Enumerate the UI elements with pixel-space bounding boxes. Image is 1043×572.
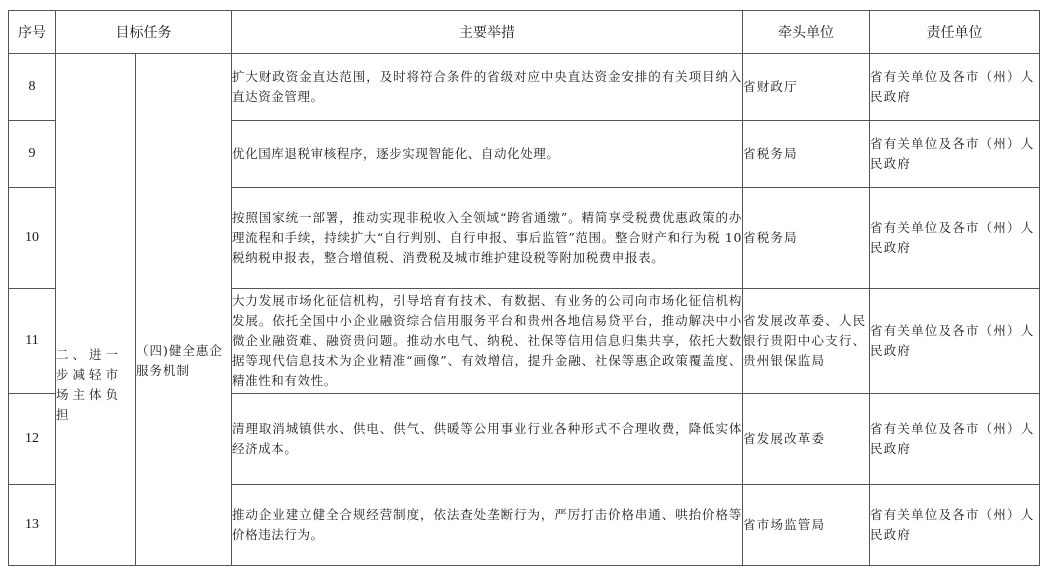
header-measures: 主要举措 [232,11,743,54]
policy-measures-table: 序号 目标任务 主要举措 牵头单位 责任单位 8 二、进一步减轻市场主体负担 （… [8,10,1040,566]
row-seq: 10 [9,188,56,289]
header-row: 序号 目标任务 主要举措 牵头单位 责任单位 [9,11,1040,54]
row-lead-unit: 省税务局 [743,121,870,188]
row-responsible-unit: 省有关单位及各市（州）人民政府 [870,485,1040,566]
header-goal: 目标任务 [56,11,232,54]
row-lead-unit: 省发展改革委、人民银行贵阳中心支行、贵州银保监局 [743,289,870,394]
row-lead-unit: 省市场监管局 [743,485,870,566]
row-seq: 11 [9,289,56,394]
row-seq: 9 [9,121,56,188]
row-responsible-unit: 省有关单位及各市（州）人民政府 [870,289,1040,394]
goal-level2-cell: （四)健全惠企服务机制 [136,54,232,566]
row-responsible-unit: 省有关单位及各市（州）人民政府 [870,121,1040,188]
row-measure: 推动企业建立健全合规经营制度，依法查处垄断行为，严厉打击价格串通、哄抬价格等价格… [232,485,743,566]
goal-level1-cell: 二、进一步减轻市场主体负担 [56,54,136,566]
row-seq: 12 [9,394,56,485]
header-seq: 序号 [9,11,56,54]
row-responsible-unit: 省有关单位及各市（州）人民政府 [870,394,1040,485]
header-responsible-unit: 责任单位 [870,11,1040,54]
row-measure: 大力发展市场化征信机构，引导培育有技术、有数据、有业务的公司向市场化征信机构发展… [232,289,743,394]
row-measure: 清理取消城镇供水、供电、供气、供暖等公用事业行业各种形式不合理收费，降低实体经济… [232,394,743,485]
row-responsible-unit: 省有关单位及各市（州）人民政府 [870,54,1040,121]
row-lead-unit: 省财政厅 [743,54,870,121]
header-lead-unit: 牵头单位 [743,11,870,54]
goal-level1-text: 二、进一步减轻市场主体负担 [56,345,135,425]
row-seq: 8 [9,54,56,121]
row-responsible-unit: 省有关单位及各市（州）人民政府 [870,188,1040,289]
row-seq: 13 [9,485,56,566]
row-measure: 优化国库退税审核程序，逐步实现智能化、自动化处理。 [232,121,743,188]
table-row: 8 二、进一步减轻市场主体负担 （四)健全惠企服务机制 扩大财政资金直达范围，及… [9,54,1040,121]
row-measure: 按照国家统一部署，推动实现非税收入全领域“跨省通缴”。精简享受税费优惠政策的办理… [232,188,743,289]
row-lead-unit: 省发展改革委 [743,394,870,485]
goal-level2-text: （四)健全惠企服务机制 [136,341,231,381]
row-measure: 扩大财政资金直达范围，及时将符合条件的省级对应中央直达资金安排的有关项目纳入直达… [232,54,743,121]
row-lead-unit: 省税务局 [743,188,870,289]
